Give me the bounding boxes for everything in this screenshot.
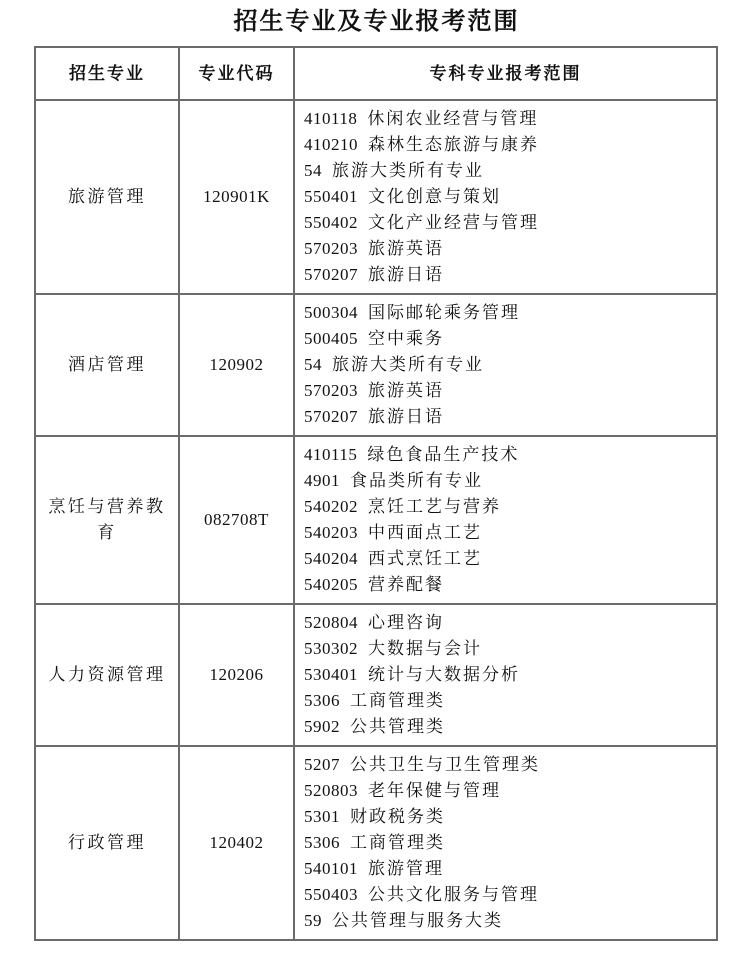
code-cell: 120206 [179, 604, 294, 746]
scope-line: 550401文化创意与策划 [304, 184, 708, 210]
scope-item-name: 公共文化服务与管理 [368, 885, 539, 904]
code-cell: 120902 [179, 294, 294, 436]
scope-item-name: 统计与大数据分析 [368, 665, 520, 684]
scope-line: 540101旅游管理 [304, 856, 708, 882]
scope-line: 5902公共管理类 [304, 714, 708, 740]
scope-cell: 410118休闲农业经营与管理410210森林生态旅游与康养54旅游大类所有专业… [294, 100, 717, 294]
scope-item-name: 旅游大类所有专业 [332, 355, 484, 374]
table-header-row: 招生专业 专业代码 专科专业报考范围 [35, 47, 717, 100]
major-cell: 酒店管理 [35, 294, 179, 436]
scope-item-name: 公共管理类 [350, 717, 445, 736]
page-title: 招生专业及专业报考范围 [0, 0, 753, 37]
code-cell: 120901K [179, 100, 294, 294]
scope-item-name: 老年保健与管理 [368, 781, 501, 800]
scope-item-code: 5301 [304, 804, 340, 830]
scope-cell: 410115绿色食品生产技术4901食品类所有专业540202烹饪工艺与营养54… [294, 436, 717, 604]
scope-cell: 500304国际邮轮乘务管理500405空中乘务54旅游大类所有专业570203… [294, 294, 717, 436]
scope-item-name: 旅游日语 [368, 407, 444, 426]
scope-item-code: 540203 [304, 520, 358, 546]
scope-line: 500405空中乘务 [304, 326, 708, 352]
header-scope: 专科专业报考范围 [294, 47, 717, 100]
scope-item-name: 食品类所有专业 [350, 471, 483, 490]
scope-line: 530401统计与大数据分析 [304, 662, 708, 688]
scope-line: 550403公共文化服务与管理 [304, 882, 708, 908]
scope-line: 5306工商管理类 [304, 688, 708, 714]
scope-item-code: 410118 [304, 106, 357, 132]
scope-line: 570203旅游英语 [304, 378, 708, 404]
scope-item-name: 烹饪工艺与营养 [368, 497, 501, 516]
scope-item-name: 中西面点工艺 [368, 523, 482, 542]
scope-item-code: 520803 [304, 778, 358, 804]
scope-line: 54旅游大类所有专业 [304, 158, 708, 184]
scope-line: 5306工商管理类 [304, 830, 708, 856]
scope-line: 540202烹饪工艺与营养 [304, 494, 708, 520]
scope-item-name: 国际邮轮乘务管理 [368, 303, 520, 322]
table-row: 酒店管理120902500304国际邮轮乘务管理500405空中乘务54旅游大类… [35, 294, 717, 436]
scope-item-name: 工商管理类 [350, 833, 445, 852]
scope-item-name: 文化创意与策划 [368, 187, 501, 206]
scope-item-code: 5207 [304, 752, 340, 778]
scope-item-code: 570203 [304, 378, 358, 404]
scope-item-name: 旅游管理 [368, 859, 444, 878]
scope-line: 410210森林生态旅游与康养 [304, 132, 708, 158]
scope-item-code: 530302 [304, 636, 358, 662]
scope-line: 500304国际邮轮乘务管理 [304, 300, 708, 326]
scope-item-code: 570203 [304, 236, 358, 262]
scope-line: 410115绿色食品生产技术 [304, 442, 708, 468]
scope-item-code: 540204 [304, 546, 358, 572]
major-cell: 人力资源管理 [35, 604, 179, 746]
scope-item-name: 森林生态旅游与康养 [368, 135, 539, 154]
scope-item-code: 570207 [304, 262, 358, 288]
scope-line: 540205营养配餐 [304, 572, 708, 598]
scope-item-code: 59 [304, 908, 322, 934]
majors-table: 招生专业 专业代码 专科专业报考范围 旅游管理120901K410118休闲农业… [34, 46, 718, 941]
scope-item-name: 西式烹饪工艺 [368, 549, 482, 568]
scope-item-name: 心理咨询 [368, 613, 444, 632]
scope-item-name: 空中乘务 [368, 329, 444, 348]
major-cell: 烹饪与营养教育 [35, 436, 179, 604]
scope-line: 410118休闲农业经营与管理 [304, 106, 708, 132]
scope-item-code: 500405 [304, 326, 358, 352]
scope-item-name: 旅游英语 [368, 239, 444, 258]
scope-line: 570207旅游日语 [304, 404, 708, 430]
scope-item-code: 5306 [304, 688, 340, 714]
scope-item-code: 5902 [304, 714, 340, 740]
scope-line: 540204西式烹饪工艺 [304, 546, 708, 572]
scope-item-name: 旅游英语 [368, 381, 444, 400]
scope-item-name: 旅游大类所有专业 [332, 161, 484, 180]
scope-item-name: 休闲农业经营与管理 [367, 109, 538, 128]
major-cell: 行政管理 [35, 746, 179, 940]
code-cell: 082708T [179, 436, 294, 604]
scope-line: 570207旅游日语 [304, 262, 708, 288]
table-row: 旅游管理120901K410118休闲农业经营与管理410210森林生态旅游与康… [35, 100, 717, 294]
scope-line: 570203旅游英语 [304, 236, 708, 262]
scope-item-name: 公共管理与服务大类 [332, 911, 503, 930]
scope-line: 540203中西面点工艺 [304, 520, 708, 546]
header-major-code: 专业代码 [179, 47, 294, 100]
scope-item-code: 54 [304, 352, 322, 378]
scope-item-code: 570207 [304, 404, 358, 430]
scope-item-name: 公共卫生与卫生管理类 [350, 755, 540, 774]
document-page: 招生专业及专业报考范围 招生专业 专业代码 专科专业报考范围 旅游管理12090… [0, 0, 753, 955]
scope-item-name: 财政税务类 [350, 807, 445, 826]
scope-item-code: 540205 [304, 572, 358, 598]
scope-item-code: 540101 [304, 856, 358, 882]
scope-item-code: 550401 [304, 184, 358, 210]
scope-item-code: 550403 [304, 882, 358, 908]
scope-item-code: 54 [304, 158, 322, 184]
code-cell: 120402 [179, 746, 294, 940]
scope-item-code: 530401 [304, 662, 358, 688]
scope-item-code: 520804 [304, 610, 358, 636]
scope-item-name: 旅游日语 [368, 265, 444, 284]
table-row: 行政管理1204025207公共卫生与卫生管理类520803老年保健与管理530… [35, 746, 717, 940]
table-row: 烹饪与营养教育082708T410115绿色食品生产技术4901食品类所有专业5… [35, 436, 717, 604]
scope-line: 550402文化产业经营与管理 [304, 210, 708, 236]
scope-cell: 5207公共卫生与卫生管理类520803老年保健与管理5301财政税务类5306… [294, 746, 717, 940]
scope-line: 5301财政税务类 [304, 804, 708, 830]
scope-item-code: 410115 [304, 442, 357, 468]
scope-item-code: 5306 [304, 830, 340, 856]
table-row: 人力资源管理120206520804心理咨询530302大数据与会计530401… [35, 604, 717, 746]
scope-line: 59公共管理与服务大类 [304, 908, 708, 934]
scope-item-code: 4901 [304, 468, 340, 494]
scope-item-code: 410210 [304, 132, 358, 158]
header-enroll-major: 招生专业 [35, 47, 179, 100]
scope-item-name: 绿色食品生产技术 [367, 445, 519, 464]
scope-cell: 520804心理咨询530302大数据与会计530401统计与大数据分析5306… [294, 604, 717, 746]
scope-item-name: 工商管理类 [350, 691, 445, 710]
scope-item-name: 大数据与会计 [368, 639, 482, 658]
scope-line: 530302大数据与会计 [304, 636, 708, 662]
scope-line: 520803老年保健与管理 [304, 778, 708, 804]
scope-line: 5207公共卫生与卫生管理类 [304, 752, 708, 778]
scope-item-code: 500304 [304, 300, 358, 326]
scope-line: 4901食品类所有专业 [304, 468, 708, 494]
scope-item-name: 文化产业经营与管理 [368, 213, 539, 232]
scope-item-code: 540202 [304, 494, 358, 520]
scope-item-code: 550402 [304, 210, 358, 236]
scope-line: 520804心理咨询 [304, 610, 708, 636]
major-cell: 旅游管理 [35, 100, 179, 294]
scope-line: 54旅游大类所有专业 [304, 352, 708, 378]
scope-item-name: 营养配餐 [368, 575, 444, 594]
